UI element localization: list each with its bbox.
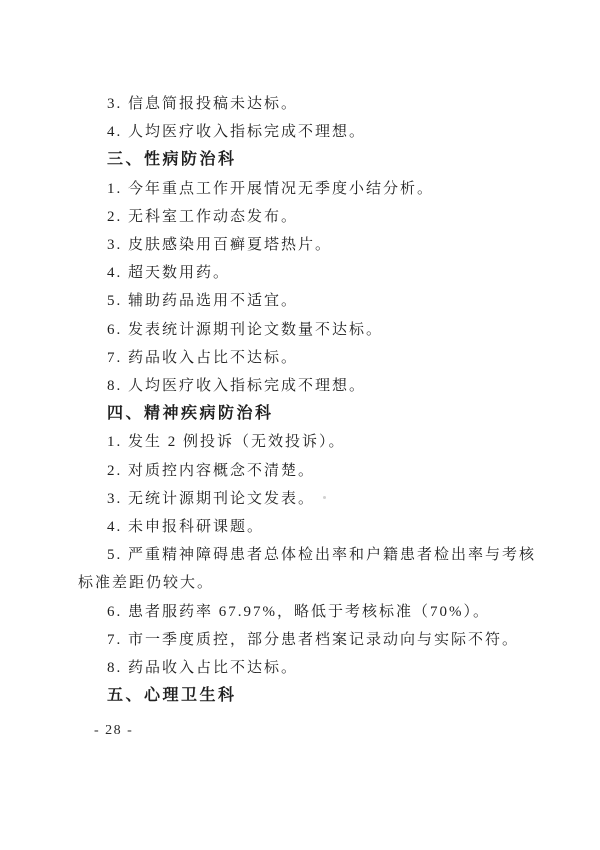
list-item: 2. 无科室工作动态发布。 xyxy=(78,203,540,231)
list-item: 8. 人均医疗收入指标完成不理想。 xyxy=(78,372,540,400)
list-item: 7. 市一季度质控，部分患者档案记录动向与实际不符。 xyxy=(78,626,540,654)
list-item: 3. 无统计源期刊论文发表。 xyxy=(78,485,540,513)
section-heading: 五、心理卫生科 xyxy=(78,682,540,710)
section-heading: 四、精神疾病防治科 xyxy=(78,400,540,428)
list-item: 1. 发生 2 例投诉（无效投诉）。 xyxy=(78,428,540,456)
list-item: 3. 信息简报投稿未达标。 xyxy=(78,90,540,118)
list-item: 6. 发表统计源期刊论文数量不达标。 xyxy=(78,316,540,344)
list-item: 4. 未申报科研课题。 xyxy=(78,513,540,541)
list-item: 2. 对质控内容概念不清楚。 xyxy=(78,457,540,485)
list-item: 5. 严重精神障碍患者总体检出率和户籍患者检出率与考核标准差距仍较大。 xyxy=(78,541,540,597)
list-item: 5. 辅助药品选用不适宜。 xyxy=(78,287,540,315)
section-heading: 三、性病防治科 xyxy=(78,146,540,174)
list-item: 4. 超天数用药。 xyxy=(78,259,540,287)
list-item: 6. 患者服药率 67.97%，略低于考核标准（70%）。 xyxy=(78,598,540,626)
document-body: 3. 信息简报投稿未达标。 4. 人均医疗收入指标完成不理想。 三、性病防治科 … xyxy=(78,90,540,710)
list-item: 4. 人均医疗收入指标完成不理想。 xyxy=(78,118,540,146)
page-number: - 28 - xyxy=(94,723,133,739)
list-item: 3. 皮肤感染用百癣夏塔热片。 xyxy=(78,231,540,259)
list-item: 1. 今年重点工作开展情况无季度小结分析。 xyxy=(78,175,540,203)
list-item: 8. 药品收入占比不达标。 xyxy=(78,654,540,682)
list-item: 7. 药品收入占比不达标。 xyxy=(78,344,540,372)
scan-artifact xyxy=(323,496,326,499)
